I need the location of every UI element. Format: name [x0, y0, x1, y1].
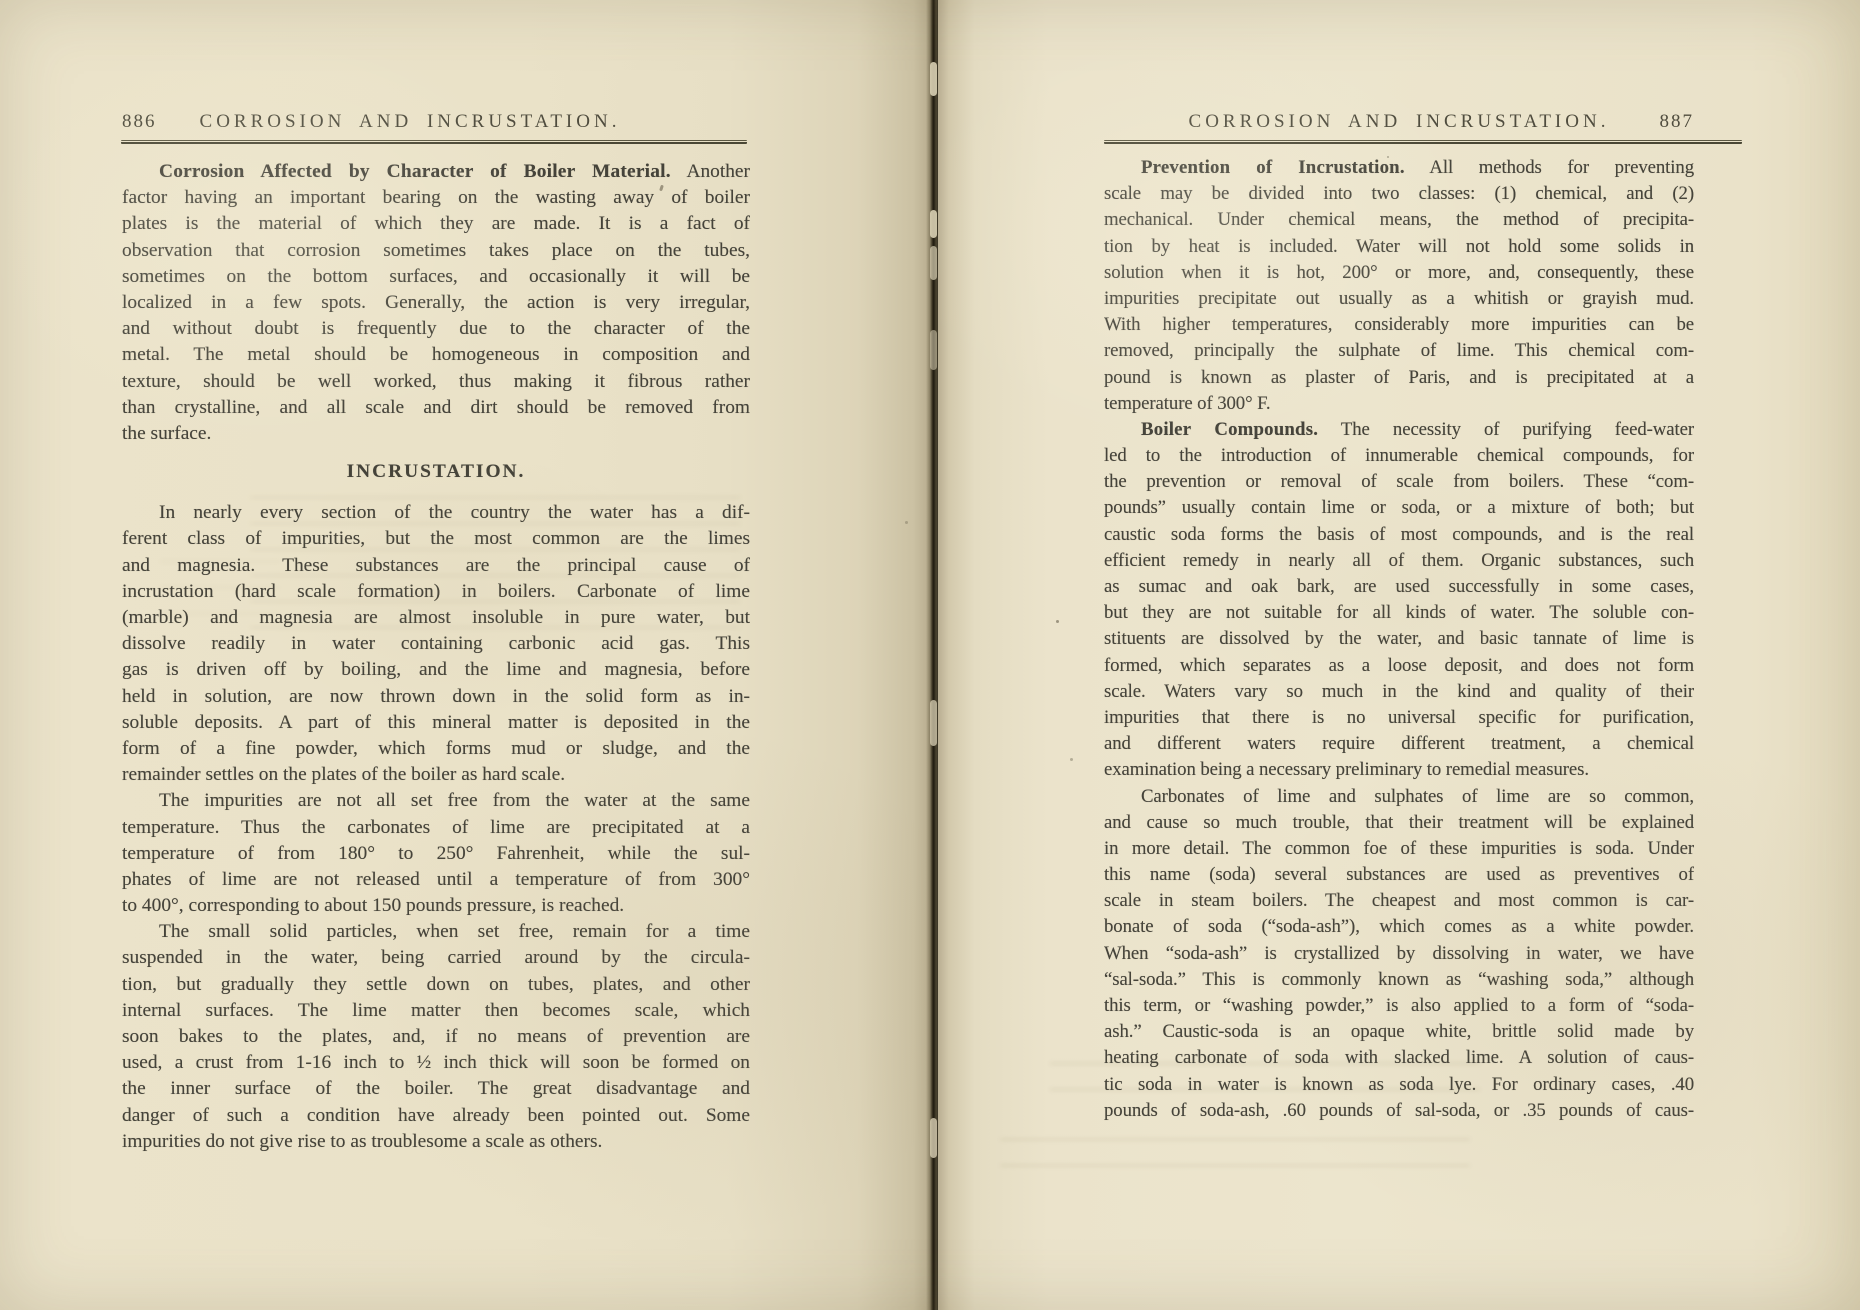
text-line: in more detail. The common foe of these … — [1104, 836, 1694, 862]
text-line: internal surfaces. The lime matter then … — [122, 998, 750, 1024]
text-line: as sumac and oak bark, are used successf… — [1104, 574, 1694, 600]
text-line: caustic soda forms the basis of most com… — [1104, 522, 1694, 548]
text-line: than crystalline, and all scale and dirt… — [122, 395, 750, 421]
text-line: In nearly every section of the country t… — [122, 500, 750, 526]
right-page-number: 887 — [1660, 108, 1695, 135]
scan-speck — [1056, 620, 1059, 623]
text-line: scale may be divided into two classes: (… — [1104, 181, 1694, 207]
text-line: efficient remedy in nearly all of them. … — [1104, 548, 1694, 574]
text-line: metal. The metal should be homogeneous i… — [122, 342, 750, 368]
text-line: but they are not suitable for all kinds … — [1104, 600, 1694, 626]
text-line: incrustation (hard scale formation) in b… — [122, 579, 750, 605]
text-line: Corrosion Affected by Character of Boile… — [122, 159, 750, 185]
left-page: 886 CORROSION AND INCRUSTATION. Corrosio… — [0, 0, 932, 1310]
text-line: and different waters require different t… — [1104, 731, 1694, 757]
text-line: danger of such a condition have already … — [122, 1103, 750, 1129]
text-line: led to the introduction of innumerable c… — [1104, 443, 1694, 469]
bold-lead-in: Boiler Compounds. — [1141, 419, 1318, 440]
section-heading: INCRUSTATION. — [122, 459, 750, 485]
bold-lead-in: Corrosion Affected by Character of Boile… — [159, 161, 671, 182]
text-line: temperature of 300° F. — [1104, 391, 1694, 417]
text-line: held in solution, are now thrown down in… — [122, 684, 750, 710]
bold-lead-in: Prevention of Incrustation. — [1141, 157, 1405, 178]
scan-speck — [1070, 758, 1073, 761]
spine-highlight — [930, 210, 937, 238]
scan-speck — [1387, 156, 1389, 158]
text-line: pounds of soda-ash, .60 pounds of sal-so… — [1104, 1098, 1694, 1124]
text-line: sometimes on the bottom surfaces, and oc… — [122, 264, 750, 290]
spine-highlight — [930, 62, 937, 96]
text-line: The impurities are not all set free from… — [122, 788, 750, 814]
text-line: and magnesia. These substances are the p… — [122, 553, 750, 579]
text-line: Prevention of Incrustation. All methods … — [1104, 155, 1694, 181]
text-line: to 400°, corresponding to about 150 poun… — [122, 893, 750, 919]
text-line: and without doubt is frequently due to t… — [122, 316, 750, 342]
show-through — [1000, 1138, 1470, 1172]
text-line: impurities do not give rise to as troubl… — [122, 1129, 750, 1155]
text-line: pound is known as plaster of Paris, and … — [1104, 365, 1694, 391]
text-line: and cause so much trouble, that their tr… — [1104, 810, 1694, 836]
text-line: pounds” usually contain lime or soda, or… — [1104, 495, 1694, 521]
right-page: CORROSION AND INCRUSTATION. 887 Preventi… — [938, 0, 1860, 1310]
book-spread: 886 CORROSION AND INCRUSTATION. Corrosio… — [0, 0, 1860, 1310]
text-line: remainder settles on the plates of the b… — [122, 762, 750, 788]
left-header-rule — [121, 140, 747, 144]
text-line: ferent class of impurities, but the most… — [122, 526, 750, 552]
text-line: With higher temperatures, considerably m… — [1104, 312, 1694, 338]
text-line: this term, or “washing powder,” is also … — [1104, 993, 1694, 1019]
text-line: localized in a few spots. Generally, the… — [122, 290, 750, 316]
text-line: heating carbonate of soda with slacked l… — [1104, 1045, 1694, 1071]
text-line: factor having an important bearing on th… — [122, 185, 750, 211]
text-line: the surface. — [122, 421, 750, 447]
text-line: used, a crust from 1-16 inch to ½ inch t… — [122, 1050, 750, 1076]
text-line: impurities that there is no universal sp… — [1104, 705, 1694, 731]
text-line: phates of lime are not released until a … — [122, 867, 750, 893]
left-page-header: 886 CORROSION AND INCRUSTATION. — [122, 108, 750, 135]
text-line: gas is driven off by boiling, and the li… — [122, 657, 750, 683]
text-line: The small solid particles, when set free… — [122, 919, 750, 945]
right-page-header: CORROSION AND INCRUSTATION. 887 — [1104, 108, 1694, 135]
right-header-rule — [1104, 140, 1742, 144]
text-line: impurities precipitate out usually as a … — [1104, 286, 1694, 312]
text-line: examination being a necessary preliminar… — [1104, 757, 1694, 783]
right-running-header: CORROSION AND INCRUSTATION. — [1104, 108, 1694, 135]
text-line: the inner surface of the boiler. The gre… — [122, 1076, 750, 1102]
text-line: “sal-soda.” This is commonly known as “w… — [1104, 967, 1694, 993]
text-line: bonate of soda (“soda-ash”), which comes… — [1104, 914, 1694, 940]
text-line: mechanical. Under chemical means, the me… — [1104, 207, 1694, 233]
text-line: suspended in the water, being carried ar… — [122, 945, 750, 971]
text-line: ash.” Caustic-soda is an opaque white, b… — [1104, 1019, 1694, 1045]
text-line: removed, principally the sulphate of lim… — [1104, 338, 1694, 364]
text-line: temperature. Thus the carbonates of lime… — [122, 815, 750, 841]
text-line: When “soda-ash” is crystallized by disso… — [1104, 941, 1694, 967]
right-text-column: Prevention of Incrustation. All methods … — [1104, 155, 1694, 1124]
text-line: (marble) and magnesia are almost insolub… — [122, 605, 750, 631]
text-line: soon bakes to the plates, and, if no mea… — [122, 1024, 750, 1050]
spine-highlight — [930, 700, 937, 746]
text-line: temperature of from 180° to 250° Fahrenh… — [122, 841, 750, 867]
text-line: tion by heat is included. Water will not… — [1104, 234, 1694, 260]
left-running-header: CORROSION AND INCRUSTATION. — [96, 108, 724, 135]
text-line: scale. Waters vary so much in the kind a… — [1104, 679, 1694, 705]
text-line: observation that corrosion sometimes tak… — [122, 238, 750, 264]
text-line: stituents are dissolved by the water, an… — [1104, 626, 1694, 652]
text-line: Carbonates of lime and sulphates of lime… — [1104, 784, 1694, 810]
text-line: plates is the material of which they are… — [122, 211, 750, 237]
spine-highlight — [930, 246, 937, 280]
text-line: tion, but gradually they settle down on … — [122, 972, 750, 998]
scan-speck — [1545, 424, 1547, 427]
text-line: formed, which separates as a loose depos… — [1104, 653, 1694, 679]
text-line: soluble deposits. A part of this mineral… — [122, 710, 750, 736]
spine-highlight — [930, 330, 937, 370]
text-line: the prevention or removal of scale from … — [1104, 469, 1694, 495]
left-text-column: Corrosion Affected by Character of Boile… — [122, 159, 750, 1155]
text-line: tic soda in water is known as soda lye. … — [1104, 1072, 1694, 1098]
text-line: scale in steam boilers. The cheapest and… — [1104, 888, 1694, 914]
spine-highlight — [930, 1118, 937, 1158]
text-line: Boiler Compounds. The necessity of purif… — [1104, 417, 1694, 443]
text-line: this name (soda) several substances are … — [1104, 862, 1694, 888]
text-line: form of a fine powder, which forms mud o… — [122, 736, 750, 762]
text-line: solution when it is hot, 200° or more, a… — [1104, 260, 1694, 286]
text-line: texture, should be well worked, thus mak… — [122, 369, 750, 395]
text-line: dissolve readily in water containing car… — [122, 631, 750, 657]
scan-speck — [905, 521, 908, 524]
